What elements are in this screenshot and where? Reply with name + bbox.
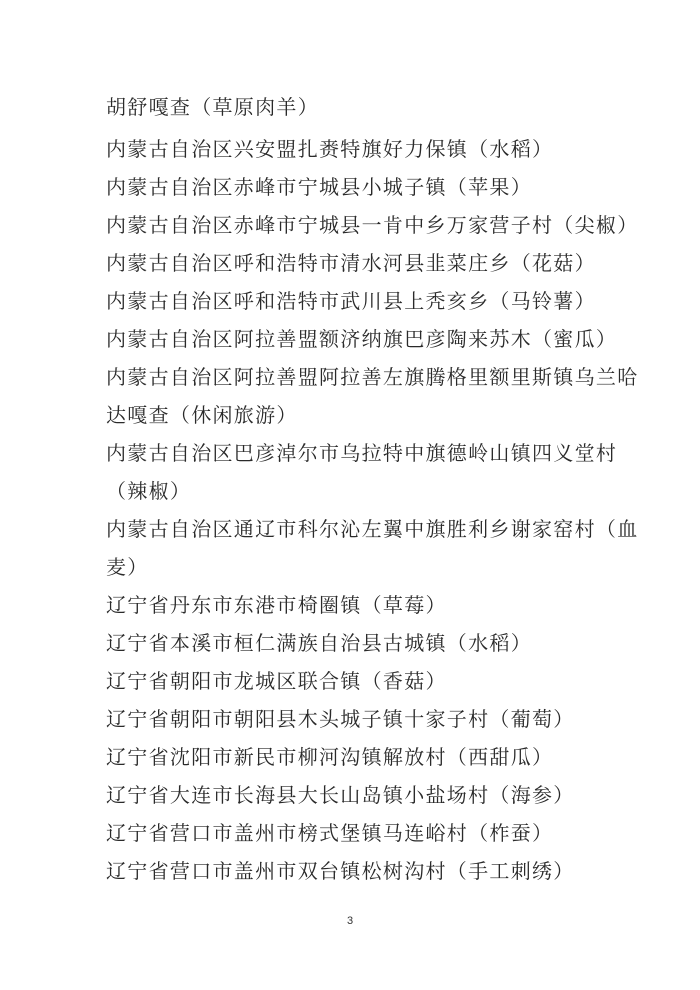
list-item: 辽宁省营口市盖州市双台镇松树沟村（手工刺绣） — [106, 852, 596, 890]
list-item-continuation: 达嘎查（休闲旅游） — [106, 396, 596, 434]
list-item: 辽宁省本溪市桓仁满族自治县古城镇（水稻） — [106, 624, 596, 662]
list-item: 辽宁省沈阳市新民市柳河沟镇解放村（西甜瓜） — [106, 738, 596, 776]
village-list: 胡舒嘎查（草原肉羊） 内蒙古自治区兴安盟扎赉特旗好力保镇（水稻） 内蒙古自治区赤… — [106, 88, 596, 890]
list-item: 辽宁省大连市长海县大长山岛镇小盐场村（海参） — [106, 776, 596, 814]
list-item-continuation: 麦） — [106, 548, 596, 586]
list-item: 内蒙古自治区呼和浩特市清水河县韭菜庄乡（花菇） — [106, 244, 596, 282]
list-item: 内蒙古自治区通辽市科尔沁左翼中旗胜利乡谢家窑村（血 — [106, 510, 596, 548]
list-item: 内蒙古自治区赤峰市宁城县一肯中乡万家营子村（尖椒） — [106, 206, 596, 244]
list-item: 内蒙古自治区阿拉善盟阿拉善左旗腾格里额里斯镇乌兰哈 — [106, 358, 596, 396]
list-item: 胡舒嘎查（草原肉羊） — [106, 88, 596, 130]
list-item: 内蒙古自治区阿拉善盟额济纳旗巴彦陶来苏木（蜜瓜） — [106, 320, 596, 358]
page-number: 3 — [0, 915, 700, 927]
list-item: 内蒙古自治区呼和浩特市武川县上秃亥乡（马铃薯） — [106, 282, 596, 320]
list-item-continuation: （辣椒） — [106, 472, 596, 510]
list-item: 内蒙古自治区赤峰市宁城县小城子镇（苹果） — [106, 168, 596, 206]
list-item: 内蒙古自治区巴彦淖尔市乌拉特中旗德岭山镇四义堂村 — [106, 434, 596, 472]
list-item: 辽宁省朝阳市朝阳县木头城子镇十家子村（葡萄） — [106, 700, 596, 738]
list-item: 辽宁省营口市盖州市榜式堡镇马连峪村（柞蚕） — [106, 814, 596, 852]
list-item: 辽宁省朝阳市龙城区联合镇（香菇） — [106, 662, 596, 700]
list-item: 辽宁省丹东市东港市椅圈镇（草莓） — [106, 586, 596, 624]
document-page: 胡舒嘎查（草原肉羊） 内蒙古自治区兴安盟扎赉特旗好力保镇（水稻） 内蒙古自治区赤… — [0, 0, 700, 990]
list-item: 内蒙古自治区兴安盟扎赉特旗好力保镇（水稻） — [106, 130, 596, 168]
